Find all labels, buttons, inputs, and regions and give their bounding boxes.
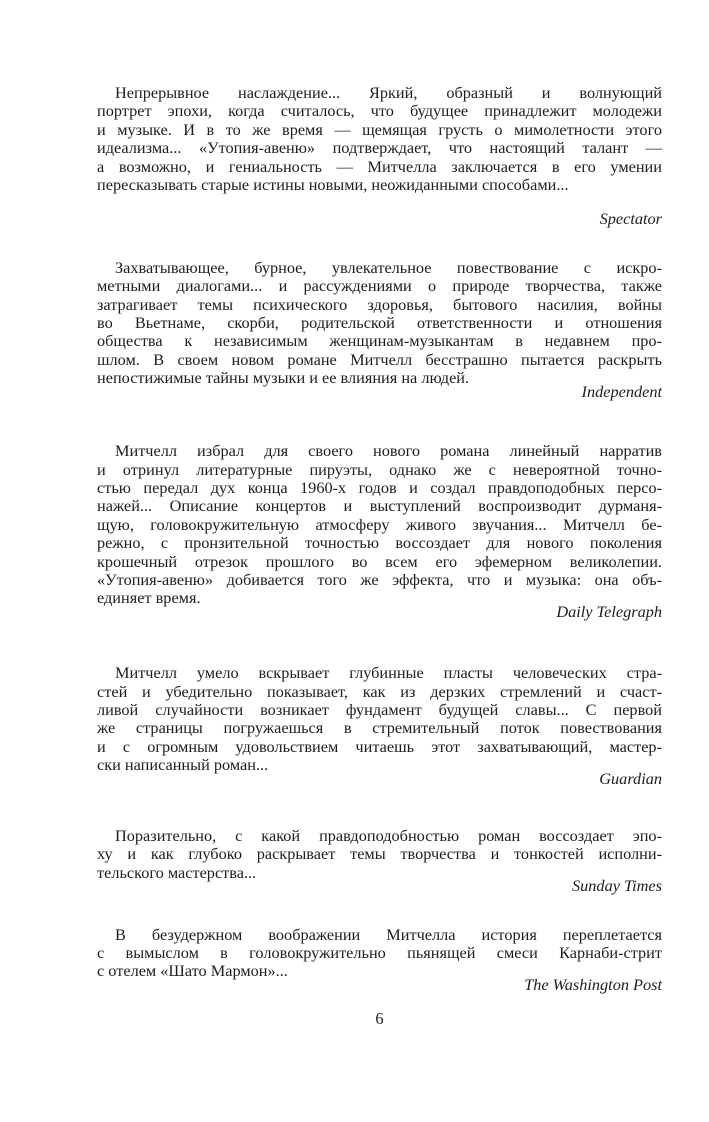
quote-line: нажей... Описание концертов и выступлени… bbox=[97, 497, 662, 515]
quote-line: Поразительно, с какой правдоподобностью … bbox=[97, 827, 662, 845]
quote-line: Захватывающее, бурное, увлекательное пов… bbox=[97, 259, 662, 277]
quote-line: В безудержном воображении Митчелла истор… bbox=[97, 926, 662, 944]
quote-line: Непрерывное наслаждение... Яркий, образн… bbox=[97, 84, 662, 102]
quote-line: во Вьетнаме, скорби, родительской ответс… bbox=[97, 314, 662, 332]
quote-line: портрет эпохи, когда считалось, что буду… bbox=[97, 102, 662, 120]
quote-line: пересказывать старые истины новыми, неож… bbox=[97, 176, 662, 194]
quote-block: Митчелл умело вскрывает глубинные пласты… bbox=[97, 664, 662, 788]
quote-line: Митчелл избрал для своего нового романа … bbox=[97, 442, 662, 460]
quote-source: Spectator bbox=[97, 210, 662, 228]
quote-line: стей и убедительно показывает, как из де… bbox=[97, 683, 662, 701]
quote-line: стью передал дух конца 1960-х годов и со… bbox=[97, 479, 662, 497]
page-number: 6 bbox=[375, 1009, 383, 1028]
quote-line: же страницы погружаешься в стремительный… bbox=[97, 719, 662, 737]
book-page: Непрерывное наслаждение... Яркий, образн… bbox=[0, 0, 709, 1122]
quote-line: метными диалогами... и рассуждениями о п… bbox=[97, 277, 662, 295]
quote-line: и музыке. И в то же время — щемящая грус… bbox=[97, 121, 662, 139]
quote-block: Захватывающее, бурное, увлекательное пов… bbox=[97, 259, 662, 401]
quote-line: а возможно, и гениальность — Митчелла за… bbox=[97, 158, 662, 176]
quote-line: затрагивает темы психического здоровья, … bbox=[97, 296, 662, 314]
quote-line: общества к независимым женщинам-музыкант… bbox=[97, 332, 662, 350]
quote-line: с вымыслом в головокружительно пьянящей … bbox=[97, 944, 662, 962]
quote-line: ху и как глубоко раскрывает темы творчес… bbox=[97, 845, 662, 863]
quote-line: шлом. В своем новом романе Митчелл бесст… bbox=[97, 351, 662, 369]
quote-line: идеализма... «Утопия-авеню» подтверждает… bbox=[97, 139, 662, 157]
review-quotes: Непрерывное наслаждение... Яркий, образн… bbox=[97, 84, 662, 994]
quote-block: В безудержном воображении Митчелла истор… bbox=[97, 926, 662, 995]
quote-line: «Утопия-авеню» добивается того же эффект… bbox=[97, 571, 662, 589]
quote-line: Митчелл умело вскрывает глубинные пласты… bbox=[97, 664, 662, 682]
quote-line: щую, головокружительную атмосферу живого… bbox=[97, 516, 662, 534]
quote-line: и с огромным удовольствием читаешь этот … bbox=[97, 738, 662, 756]
quote-line: режно, с пронзительной точностью воссозд… bbox=[97, 534, 662, 552]
quote-line: и отринул литературные пируэты, однако ж… bbox=[97, 461, 662, 479]
quote-block: Поразительно, с какой правдоподобностью … bbox=[97, 827, 662, 896]
quote-block: Непрерывное наслаждение... Яркий, образн… bbox=[97, 84, 662, 229]
quote-line: ливой случайности возникает фундамент бу… bbox=[97, 701, 662, 719]
quote-block: Митчелл избрал для своего нового романа … bbox=[97, 442, 662, 621]
quote-line: крошечный отрезок прошлого во всем его э… bbox=[97, 553, 662, 571]
page-footer: 6 bbox=[97, 1010, 662, 1028]
